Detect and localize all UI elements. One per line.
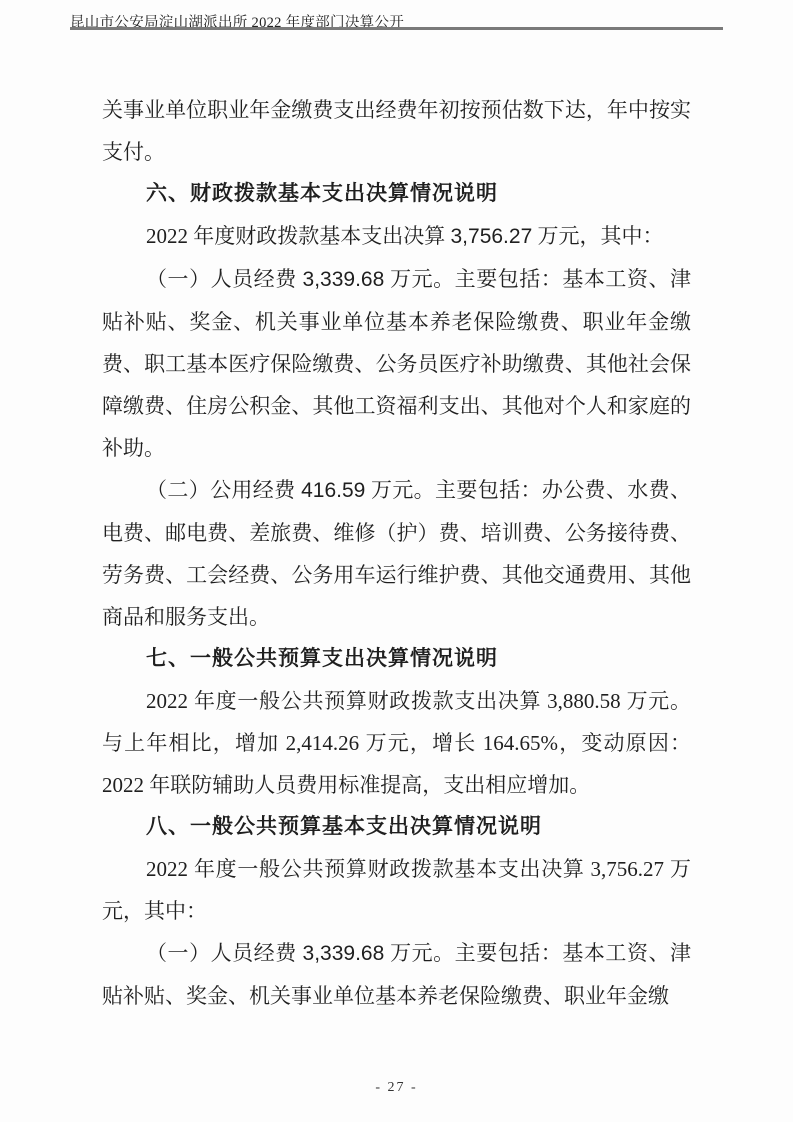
section-heading-8: 八、一般公共预算基本支出决算情况说明 (102, 806, 691, 848)
paragraph-8-item-1-truncated: （一）人员经费 3,339.68 万元。主要包括：基本工资、津贴补贴、奖金、机关… (102, 932, 691, 1017)
amount-value: 416.59 (301, 479, 365, 502)
amount-value: 3,756.27 (451, 225, 533, 248)
paragraph-6-item-1: （一）人员经费 3,339.68 万元。主要包括：基本工资、津贴补贴、奖金、机关… (102, 258, 691, 469)
header-rule (70, 27, 723, 30)
paragraph-8-intro: 2022 年度一般公共预算财政拨款基本支出决算 3,756.27 万元，其中： (102, 848, 691, 932)
text-run: 2022 年度财政拨款基本支出决算 (146, 224, 451, 248)
section-heading-7: 七、一般公共预算支出决算情况说明 (102, 638, 691, 680)
text-run: （二）公用经费 (146, 478, 301, 502)
text-run: 万元。主要包括：基本工资、津贴补贴、奖金、机关事业单位基本养老保险缴费、职业年金… (102, 267, 691, 460)
paragraph-6-item-2: （二）公用经费 416.59 万元。主要包括：办公费、水费、电费、邮电费、差旅费… (102, 469, 691, 638)
text-run: （一）人员经费 (146, 267, 303, 291)
page-footer: - 27 - (0, 1080, 793, 1096)
amount-value: 3,339.68 (303, 268, 385, 291)
text-run: 2022 年度一般公共预算财政拨款支出决算 3,880.58 万元。与上年相比，… (102, 689, 691, 797)
document-body: 关事业单位职业年金缴费支出经费年初按预估数下达，年中按实支付。六、财政拨款基本支… (102, 89, 691, 1017)
section-heading-6: 六、财政拨款基本支出决算情况说明 (102, 173, 691, 215)
paragraph-6-intro: 2022 年度财政拨款基本支出决算 3,756.27 万元，其中： (102, 215, 691, 258)
text-run: 万元，其中： (532, 224, 663, 248)
text-run: 2022 年度一般公共预算财政拨款基本支出决算 3,756.27 万元，其中： (102, 857, 691, 923)
paragraph-7-intro: 2022 年度一般公共预算财政拨款支出决算 3,880.58 万元。与上年相比，… (102, 680, 691, 806)
text-run: 七、一般公共预算支出决算情况说明 (146, 647, 498, 670)
page-number: - 27 - (375, 1080, 417, 1095)
text-run: 关事业单位职业年金缴费支出经费年初按预估数下达，年中按实支付。 (102, 98, 691, 164)
document-page: 昆山市公安局淀山湖派出所 2022 年度部门决算公开 关事业单位职业年金缴费支出… (0, 0, 793, 1122)
paragraph-continuation: 关事业单位职业年金缴费支出经费年初按预估数下达，年中按实支付。 (102, 89, 691, 173)
amount-value: 3,339.68 (303, 942, 385, 965)
text-run: 六、财政拨款基本支出决算情况说明 (146, 182, 498, 205)
text-run: （一）人员经费 (146, 941, 303, 965)
text-run: 八、一般公共预算基本支出决算情况说明 (146, 815, 542, 838)
